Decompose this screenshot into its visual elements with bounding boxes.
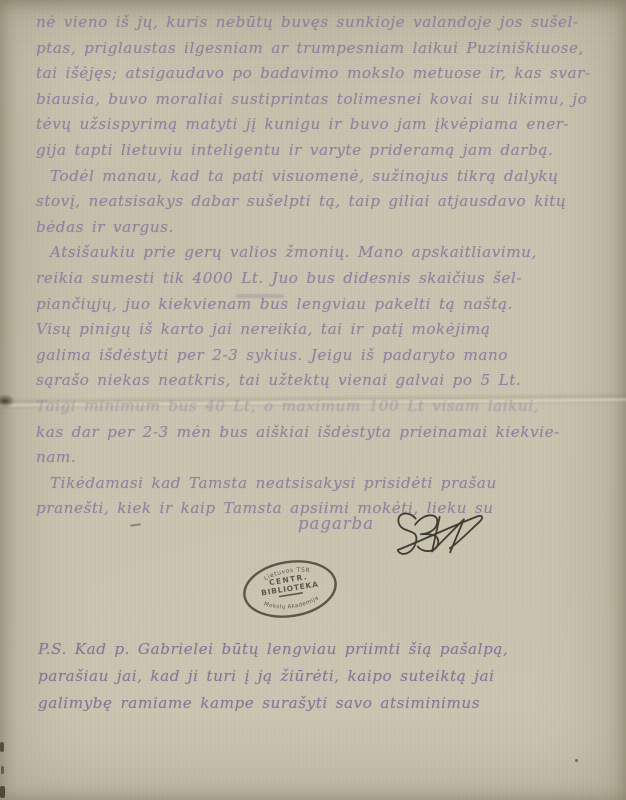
letter-line: Taigi minimum bus 40 Lt, o maximum 100 L… (36, 394, 612, 420)
pencil-dash-mark (130, 523, 141, 527)
edge-speck (0, 786, 5, 798)
letter-line: P.S. Kad p. Gabrielei būtų lengviau prii… (38, 636, 612, 663)
letter-line: reikia sumesti tik 4000 Lt. Juo bus dide… (36, 266, 612, 292)
library-stamp: Lietuvos TSR CENTR. BIBLIOTEKA Mokslų Ak… (236, 551, 344, 628)
letter-line: tai išėjęs; atsigaudavo po badavimo moks… (36, 61, 612, 87)
letter-line: biausia, buvo moraliai sustiprintas toli… (36, 87, 612, 113)
letter-line: galimybę ramiame kampe surašyti savo ats… (38, 690, 612, 717)
letter-line: Tikėdamasi kad Tamsta neatsisakysi prisi… (36, 471, 612, 497)
letter-line: piančiųjų, juo kiekvienam bus lengviau p… (36, 292, 612, 318)
signature-icon (381, 499, 497, 573)
library-stamp-icon: Lietuvos TSR CENTR. BIBLIOTEKA Mokslų Ak… (236, 551, 344, 628)
closing-word: pagarba (298, 514, 374, 533)
letter-line: stovį, neatsisakys dabar sušelpti tą, ta… (36, 189, 612, 215)
letter-line: nė vieno iš jų, kuris nebūtų buvęs sunki… (36, 10, 612, 36)
letter-line: ptas, priglaustas ilgesniam ar trumpesni… (36, 36, 612, 62)
letter-line: nam. (36, 445, 612, 471)
letter-line: parašiau jai, kad ji turi į ją žiūrėti, … (38, 663, 612, 690)
letter-line: Todėl manau, kad ta pati visuomenė, suži… (36, 164, 612, 190)
letter-line: gija tapti lietuviu inteligentu ir varyt… (36, 138, 612, 164)
edge-speck (1, 766, 4, 774)
letter-line: Visų pinigų iš karto jai nereikia, tai i… (36, 317, 612, 343)
scanned-letter-page: nė vieno iš jų, kuris nebūtų buvęs sunki… (0, 0, 626, 800)
letter-line: tėvų užsispyrimą matyti jį kunigu ir buv… (36, 112, 612, 138)
edge-speck (0, 742, 4, 752)
letter-line: bėdas ir vargus. (36, 215, 612, 241)
letter-line: sąrašo niekas neatkris, tai užtektų vien… (36, 368, 612, 394)
letter-body: nė vieno iš jų, kuris nebūtų buvęs sunki… (36, 10, 612, 522)
letter-line: kas dar per 2-3 mėn bus aiškiai išdėstyt… (36, 420, 612, 446)
letter-line: Atsišaukiu prie gerų valios žmonių. Mano… (36, 240, 612, 266)
letter-line: galima išdėstyti per 2-3 sykius. Jeigu i… (36, 343, 612, 369)
postscript-block: P.S. Kad p. Gabrielei būtų lengviau prii… (38, 636, 612, 717)
signature-flourish (381, 499, 497, 573)
paper-speck (575, 759, 578, 762)
